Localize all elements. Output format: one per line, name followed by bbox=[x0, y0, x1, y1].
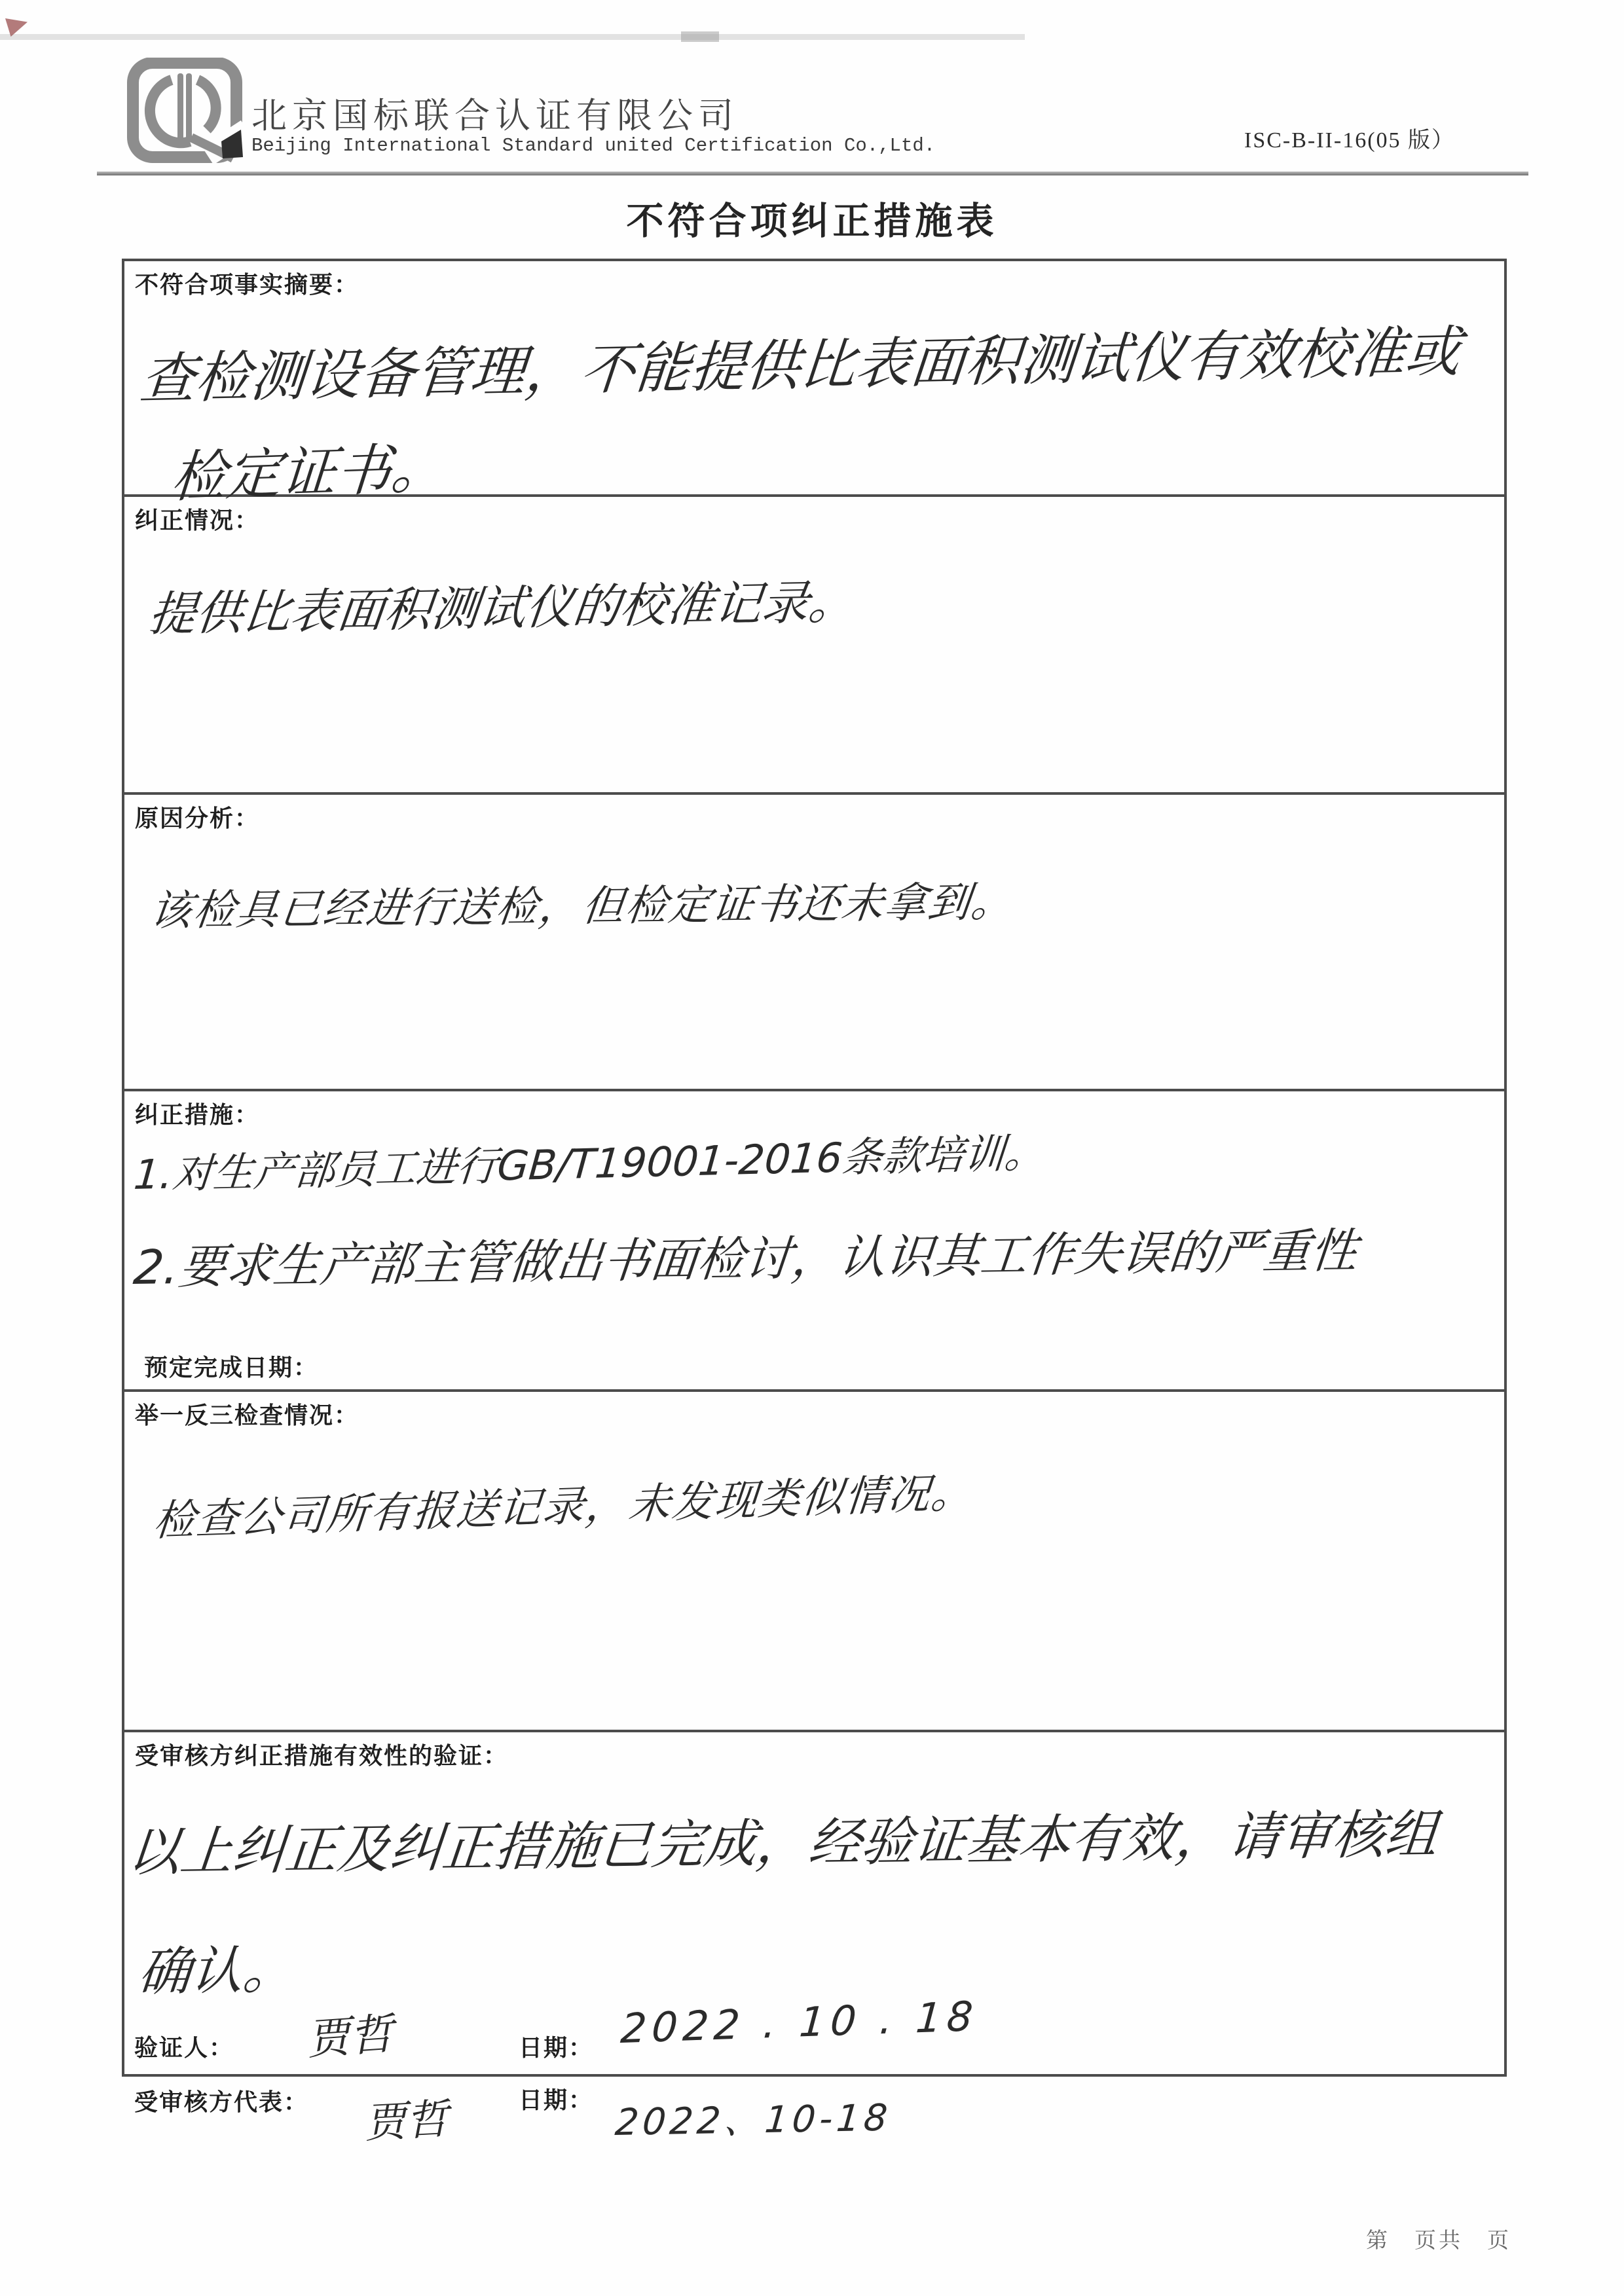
section-corrective-actions-label: 纠正措施： bbox=[135, 1097, 259, 1130]
scanned-form-page: 北京国标联合认证有限公司 Beijing International Stand… bbox=[0, 0, 1624, 2296]
section-summary-label: 不符合项事实摘要： bbox=[135, 266, 359, 300]
company-name-cn: 北京国标联合认证有限公司 bbox=[251, 88, 739, 138]
auditee-date-label: 日期： bbox=[519, 2082, 593, 2115]
form-code: ISC-B-II-16(05 版） bbox=[1244, 122, 1455, 154]
due-date-label: 预定完成日期： bbox=[144, 1349, 318, 1383]
certification-badge-logo bbox=[126, 58, 245, 166]
auditee-representative-signature: 贾哲 bbox=[363, 2085, 450, 2150]
handwriting-verification-line2: 确认。 bbox=[136, 1927, 299, 2005]
handwriting-correction-line1: 提供比表面积测试仪的校准记录。 bbox=[146, 564, 860, 644]
section-correction: 纠正情况： bbox=[124, 497, 1504, 795]
verifier-label: 验证人： bbox=[134, 2030, 234, 2063]
form-title: 不符合项纠正措施表 bbox=[0, 191, 1624, 245]
handwriting-cause-line1: 该检具已经进行送检，但检定证书还未拿到。 bbox=[147, 868, 1018, 938]
section-cause-analysis: 原因分析： bbox=[124, 795, 1504, 1091]
auditee-representative-label: 受审核方代表： bbox=[134, 2084, 308, 2117]
verifier-signature: 贾哲 bbox=[304, 1999, 395, 2067]
page-number-footer: 第 页共 页 bbox=[1366, 2223, 1511, 2254]
company-name-en: Beijing International Standard united Ce… bbox=[251, 135, 935, 156]
scan-artifact-band bbox=[0, 34, 1025, 40]
section-verification-label: 受审核方纠正措施有效性的验证： bbox=[135, 1738, 508, 1771]
handwriting-summary-line2: 检定证书。 bbox=[169, 424, 449, 513]
header-divider bbox=[97, 172, 1528, 175]
section-extended-check-label: 举一反三检查情况： bbox=[135, 1397, 359, 1430]
scan-artifact-smudge bbox=[681, 31, 719, 42]
section-cause-analysis-label: 原因分析： bbox=[135, 800, 259, 833]
section-extended-check: 举一反三检查情况： bbox=[124, 1392, 1504, 1732]
auditee-date-handwritten: 2022、10-18 bbox=[613, 2089, 893, 2146]
verifier-date-label: 日期： bbox=[519, 2030, 593, 2063]
